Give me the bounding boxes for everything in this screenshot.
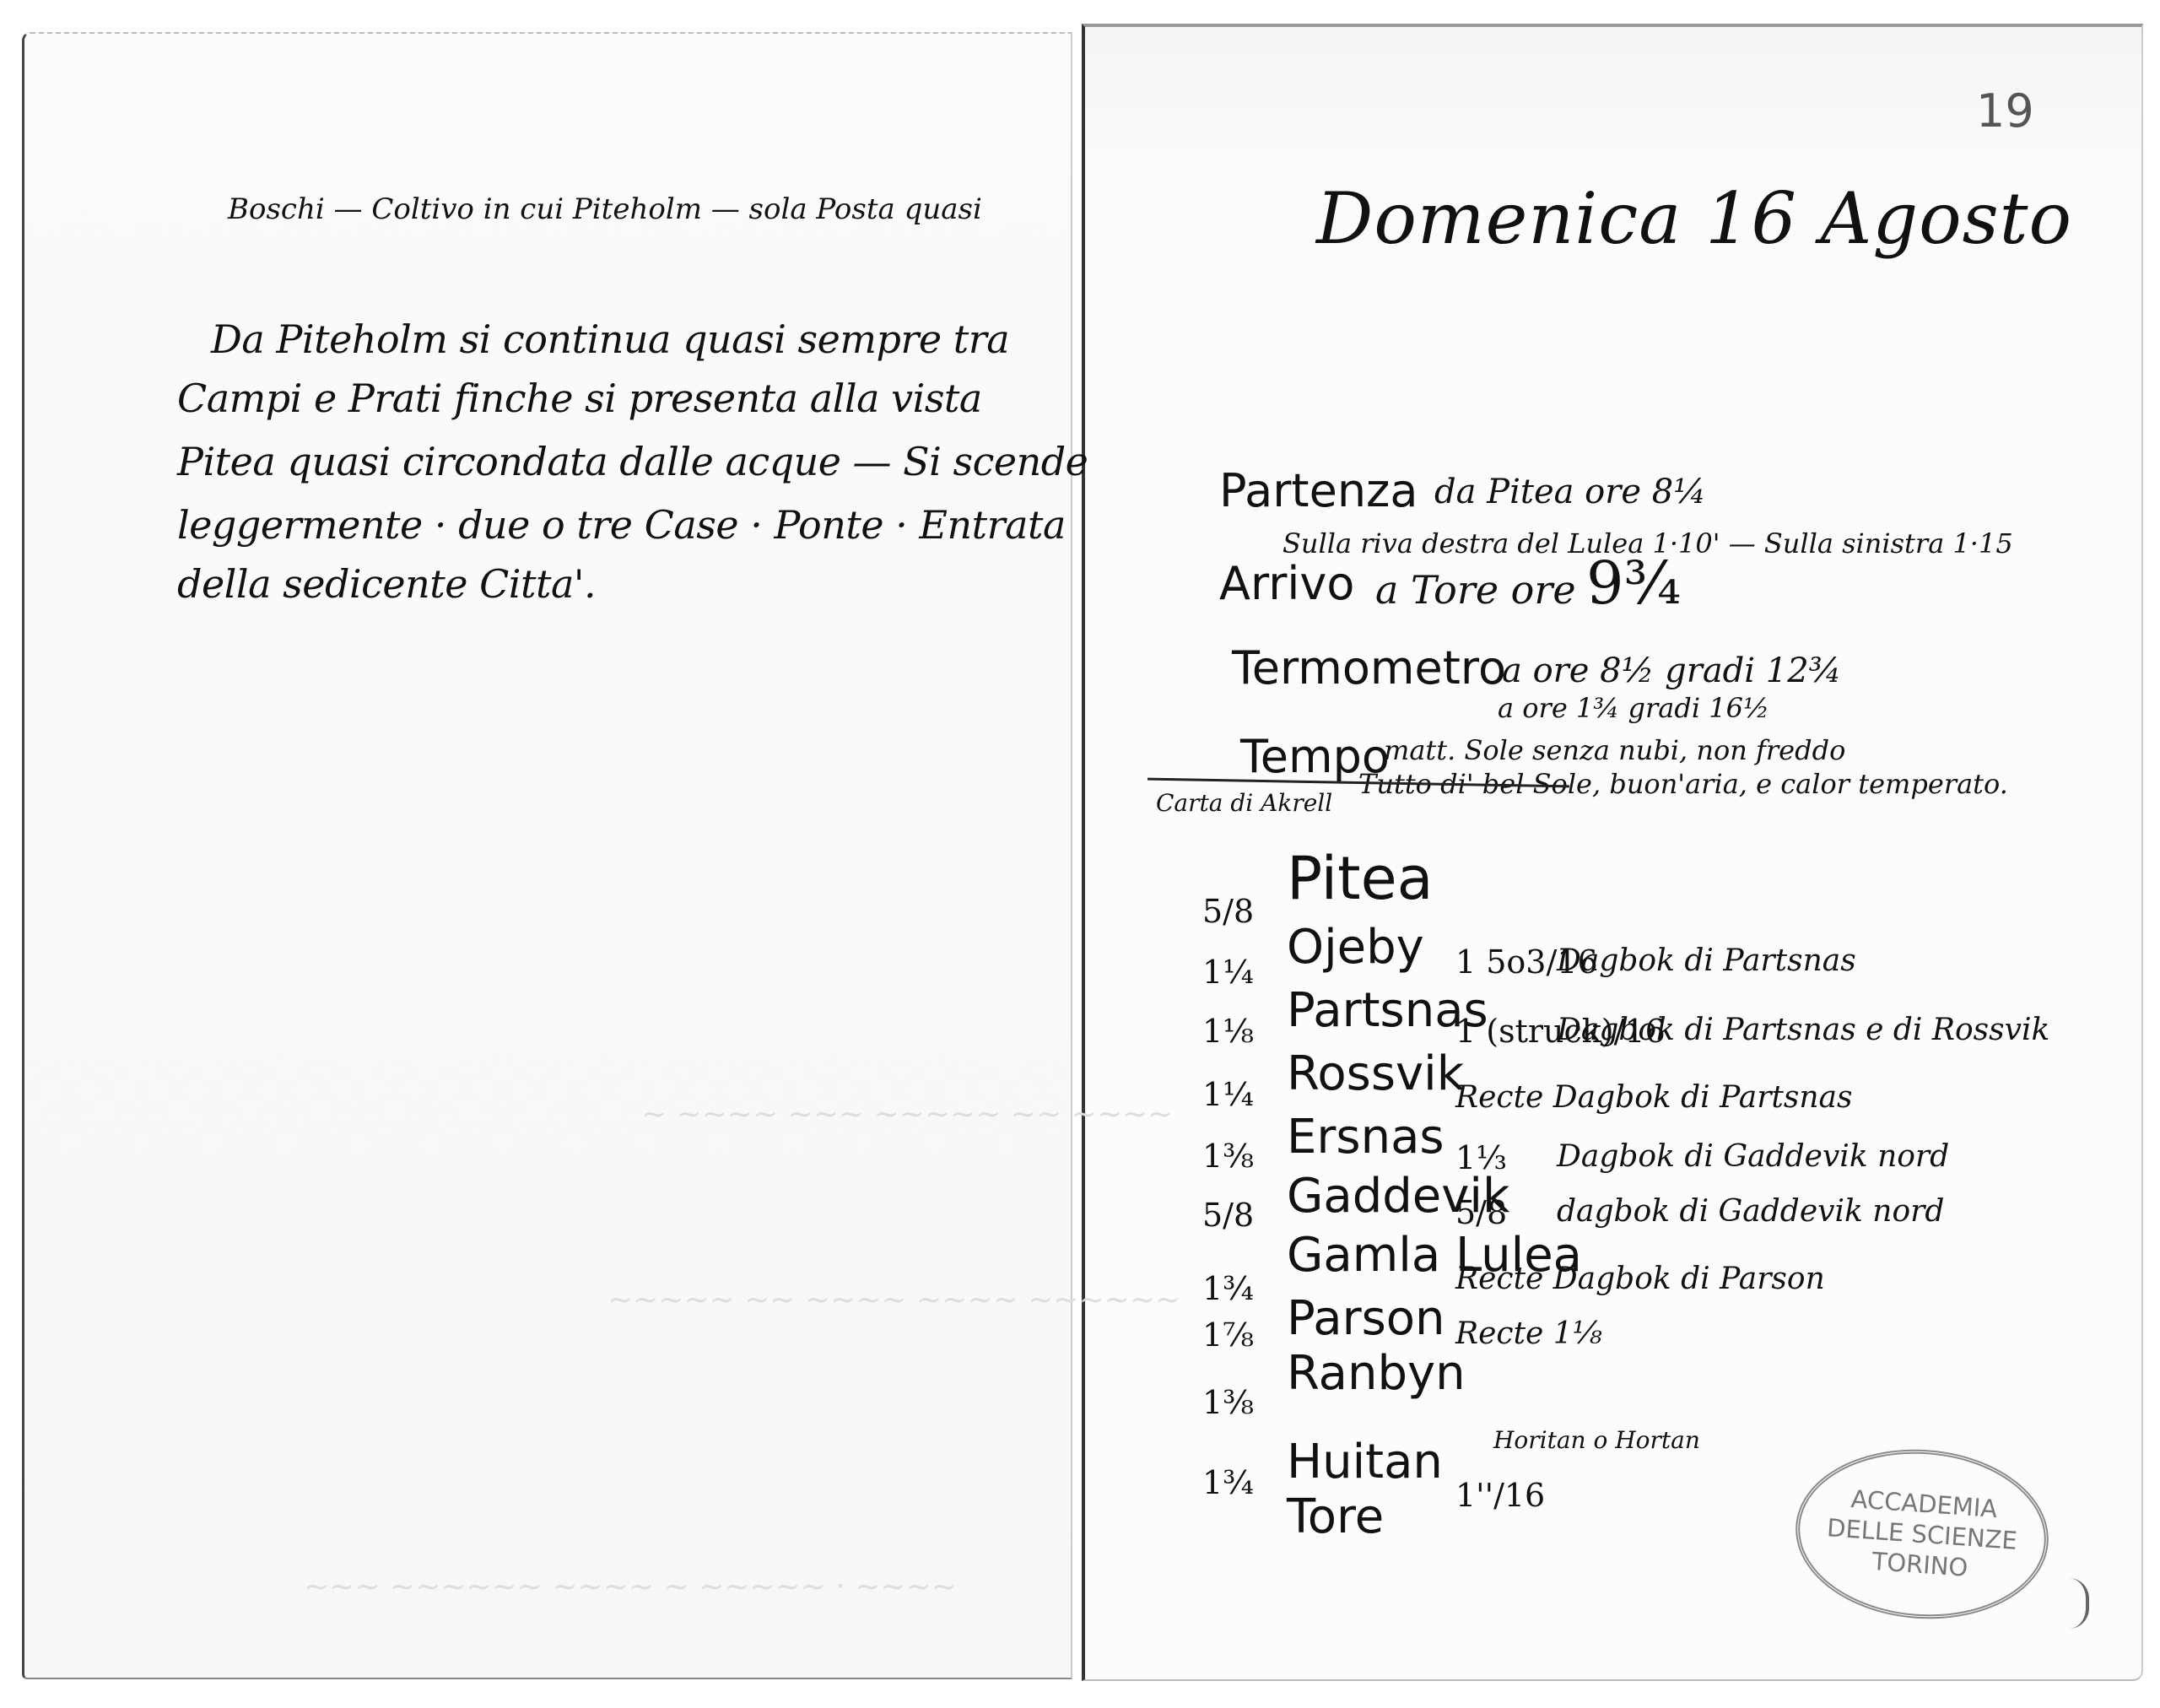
bleed-through-text: ~ ~~~~ ~~~ ~~~~~ ~~ ~~~~: [641, 1097, 1173, 1132]
termometro-line1: a ore 8½ gradi 12¾: [1502, 651, 1841, 690]
itinerary-note: Dagbok di Gaddevik nord: [1557, 1139, 1949, 1174]
itinerary-note: Horitan o Hortan: [1493, 1426, 1700, 1454]
tempo-line1: matt. Sole senza nubi, non freddo: [1384, 734, 1845, 766]
bleed-through-text: ~~~ ~~~~~~ ~~~~ ~ ~~~~~ · ~~~~: [304, 1570, 957, 1604]
paragraph-line: Da Piteholm si continua quasi sempre tra: [211, 316, 1009, 362]
itinerary-distance: 1⅞: [1202, 1316, 1254, 1354]
itinerary-distance: 1⅜: [1202, 1384, 1254, 1421]
itinerary-place: Ranbyn: [1287, 1346, 1466, 1401]
arrivo-time: 9¾: [1586, 549, 1681, 618]
itinerary-distance: 5/8: [1202, 893, 1254, 930]
itinerary-note: dagbok di Gaddevik nord: [1557, 1194, 1944, 1229]
itinerary-place: Pitea: [1287, 844, 1434, 913]
itinerary-note: Recte Dagbok di Partsnas: [1455, 1080, 1852, 1115]
arrivo-text: a Tore ore: [1375, 567, 1576, 613]
itinerary-place: Ojeby: [1287, 920, 1424, 975]
termometro-label: Termometro: [1232, 641, 1506, 695]
left-heading: Boschi — Coltivo in cui Piteholm — sola …: [228, 192, 982, 226]
itinerary-note: Recte Dagbok di Parson: [1455, 1262, 1825, 1296]
left-page: [22, 32, 1072, 1679]
itinerary-place: Tore: [1287, 1489, 1384, 1544]
page-number: 19: [1976, 84, 2034, 138]
itinerary-distance: 1¾: [1202, 1270, 1254, 1307]
itinerary-distance: 1⅛: [1202, 1013, 1254, 1050]
date-title: Domenica 16 Agosto: [1316, 177, 2072, 260]
itinerary-place: Huitan: [1287, 1435, 1443, 1489]
itinerary-distance: 5/8: [1202, 1197, 1254, 1234]
paragraph-line: Pitea quasi circondata dalle acque — Si …: [177, 439, 1088, 484]
map-source: Carta di Akrell: [1156, 789, 1332, 817]
partenza-text: da Pitea ore 8¼: [1434, 473, 1706, 511]
partenza-label: Partenza: [1219, 464, 1418, 517]
itinerary-note-value: 5/8: [1455, 1194, 1507, 1231]
paragraph-line: Campi e Prati finche si presenta alla vi…: [177, 376, 982, 421]
itinerary-note: Dagbok di Partsnas: [1557, 943, 1856, 978]
termometro-line2: a ore 1¾ gradi 16½: [1498, 692, 1769, 724]
paragraph-line: leggermente · due o tre Case · Ponte · E…: [177, 502, 1066, 548]
bleed-through-text: ~~~~~ ~~ ~~~~ ~~~~ ~~~~~~: [607, 1283, 1180, 1317]
arrivo-label: Arrivo: [1219, 557, 1354, 610]
itinerary-place: Rossvik: [1287, 1046, 1464, 1101]
itinerary-place: Ersnas: [1287, 1110, 1444, 1165]
itinerary-distance: 1¾: [1202, 1464, 1254, 1501]
itinerary-distance: 1¼: [1202, 1076, 1254, 1113]
stamp-line: TORINO: [1871, 1546, 1968, 1583]
itinerary-distance: 1⅜: [1202, 1138, 1254, 1175]
paragraph-line: della sedicente Citta'.: [177, 561, 596, 607]
itinerary-place: Parson: [1287, 1291, 1445, 1346]
itinerary-distance: 1¼: [1202, 954, 1254, 991]
itinerary-note-value: 1''/16: [1455, 1477, 1545, 1514]
itinerary-note: Dagbok di Partsnas e di Rossvik: [1557, 1013, 2049, 1047]
itinerary-note: Recte 1⅛: [1455, 1316, 1602, 1351]
